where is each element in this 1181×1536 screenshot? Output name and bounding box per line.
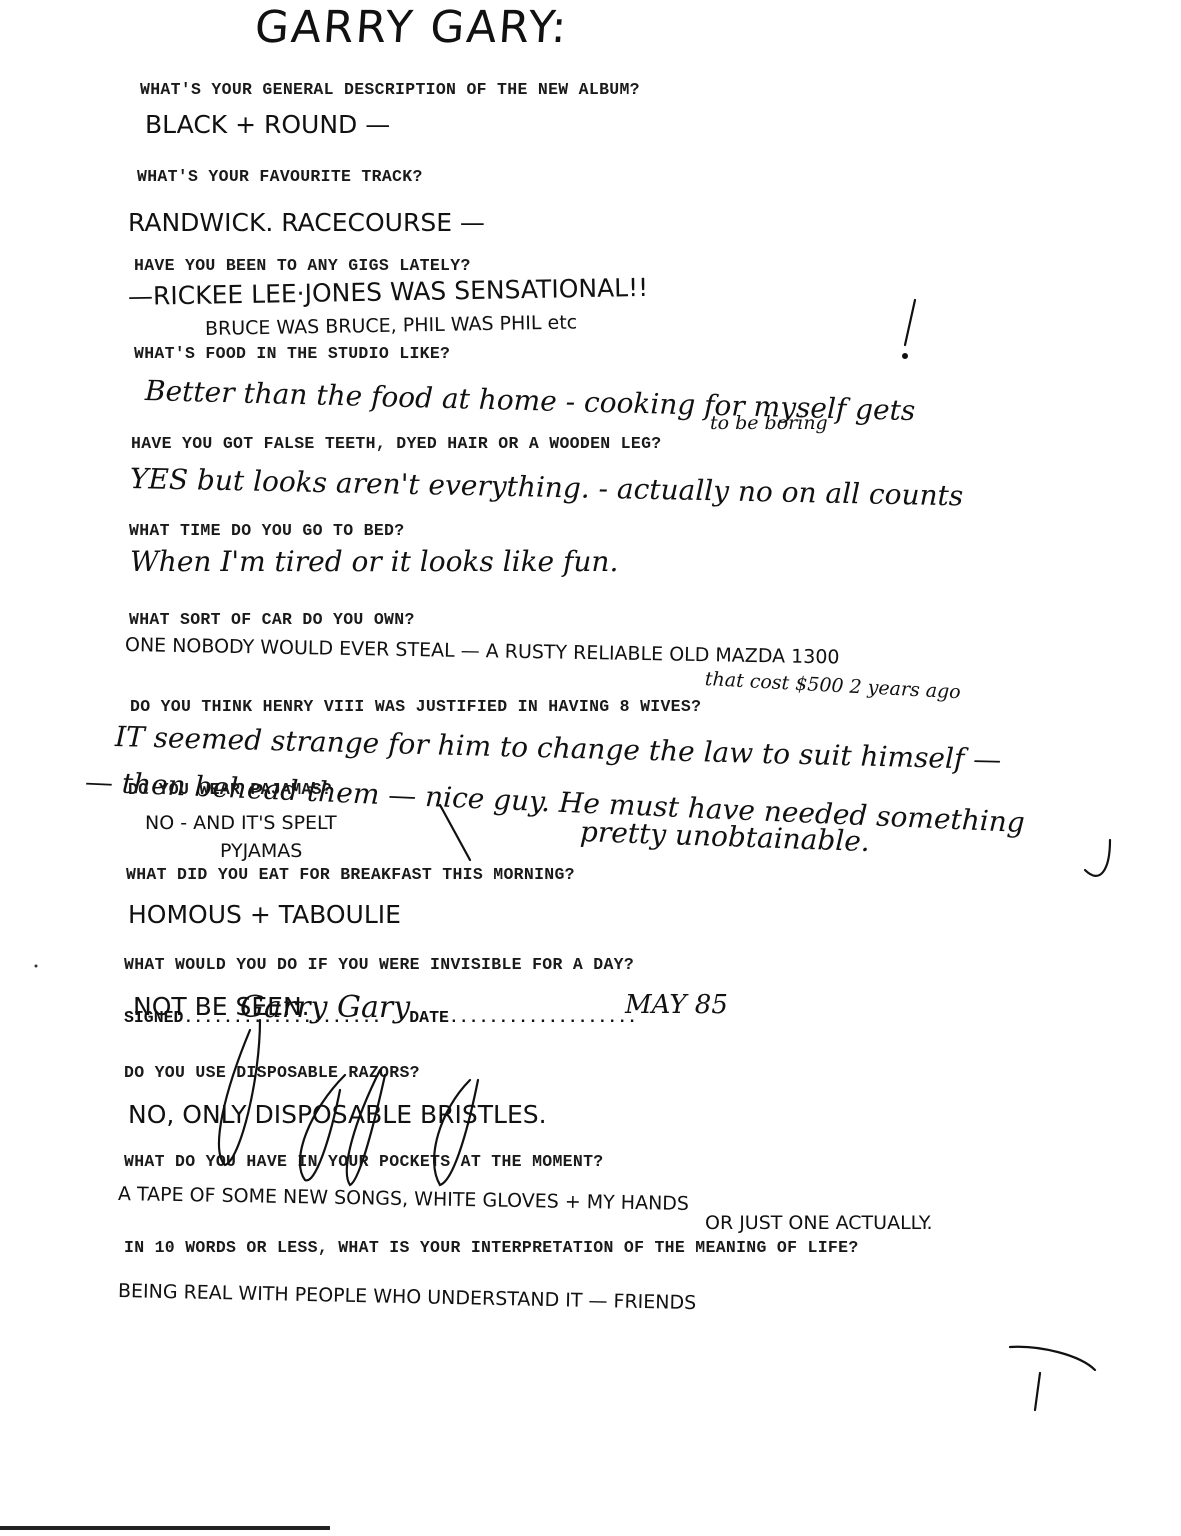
handwriting-strokes [0, 0, 1181, 1536]
scan-edge [0, 1526, 330, 1530]
